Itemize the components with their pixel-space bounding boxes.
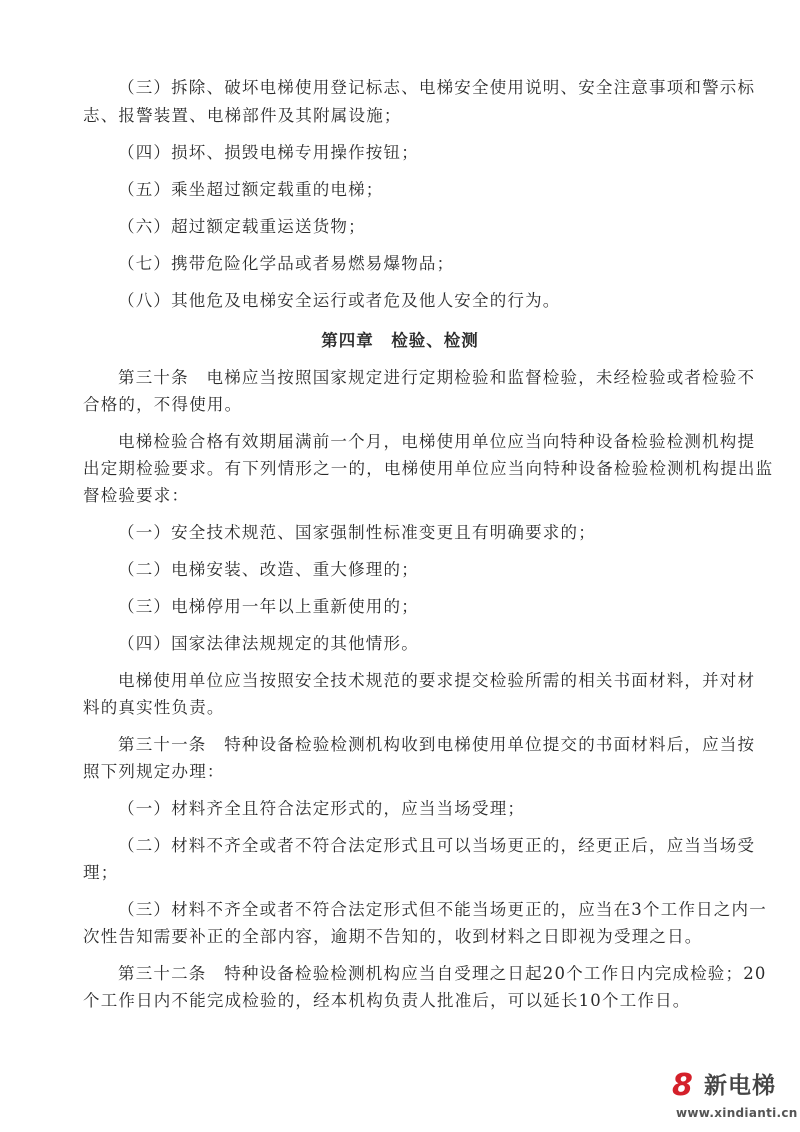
watermark-title: 新电梯 [704, 1072, 776, 1100]
text-line: 照下列规定办理： [83, 762, 715, 782]
text-line: （八）其他危及电梯安全运行或者危及他人安全的行为。 [118, 291, 718, 311]
text-line: 第三十二条 特种设备检验检测机构应当自受理之日起20个工作日内完成检验；20 [118, 964, 718, 984]
text-line: （四）损坏、损毁电梯专用操作按钮； [118, 143, 718, 163]
text-line: 志、报警装置、电梯部件及其附属设施； [83, 106, 715, 126]
text-line: 第三十条 电梯应当按照国家规定进行定期检验和监督检验，未经检验或者检验不 [118, 368, 718, 388]
text-line: 理； [83, 863, 715, 883]
text-line: （七）携带危险化学品或者易燃易爆物品； [118, 254, 718, 274]
text-line: 电梯使用单位应当按照安全技术规范的要求提交检验所需的相关书面材料，并对材 [118, 671, 718, 691]
watermark-url: www.xindianti.cn [676, 1106, 798, 1120]
text-line: 督检验要求： [83, 486, 715, 506]
text-line: 料的真实性负责。 [83, 698, 715, 718]
text-line: 出定期检验要求。有下列情形之一的，电梯使用单位应当向特种设备检验检测机构提出监 [83, 459, 715, 479]
text-line: 个工作日内不能完成检验的，经本机构负责人批准后，可以延长10个工作日。 [83, 991, 715, 1011]
text-line: （六）超过额定载重运送货物； [118, 217, 718, 237]
text-line: 次性告知需要补正的全部内容，逾期不告知的，收到材料之日即视为受理之日。 [83, 927, 715, 947]
text-line: （二）电梯安装、改造、重大修理的； [118, 560, 718, 580]
text-line: （一）材料齐全且符合法定形式的，应当当场受理； [118, 799, 718, 819]
document-page: （三）拆除、破坏电梯使用登记标志、电梯安全使用说明、安全注意事项和警示标志、报警… [0, 0, 800, 1132]
text-line: （四）国家法律法规规定的其他情形。 [118, 634, 718, 654]
text-line: （五）乘坐超过额定载重的电梯； [118, 180, 718, 200]
text-line: 合格的，不得使用。 [83, 395, 715, 415]
text-line: （二）材料不齐全或者不符合法定形式且可以当场更正的，经更正后，应当当场受 [118, 836, 718, 856]
text-line: （三）电梯停用一年以上重新使用的； [118, 597, 718, 617]
watermark: 8 新电梯 www.xindianti.cn [668, 1068, 796, 1126]
brand-logo-icon: 8 [672, 1070, 702, 1102]
text-line: 第三十一条 特种设备检验检测机构收到电梯使用单位提交的书面材料后，应当按 [118, 735, 718, 755]
text-line: 电梯检验合格有效期届满前一个月，电梯使用单位应当向特种设备检验检测机构提 [118, 432, 718, 452]
chapter-heading: 第四章 检验、检测 [0, 331, 800, 351]
text-line: （一）安全技术规范、国家强制性标准变更且有明确要求的； [118, 523, 718, 543]
text-line: （三）拆除、破坏电梯使用登记标志、电梯安全使用说明、安全注意事项和警示标 [118, 78, 718, 98]
text-line: （三）材料不齐全或者不符合法定形式但不能当场更正的，应当在3个工作日之内一 [118, 900, 718, 920]
